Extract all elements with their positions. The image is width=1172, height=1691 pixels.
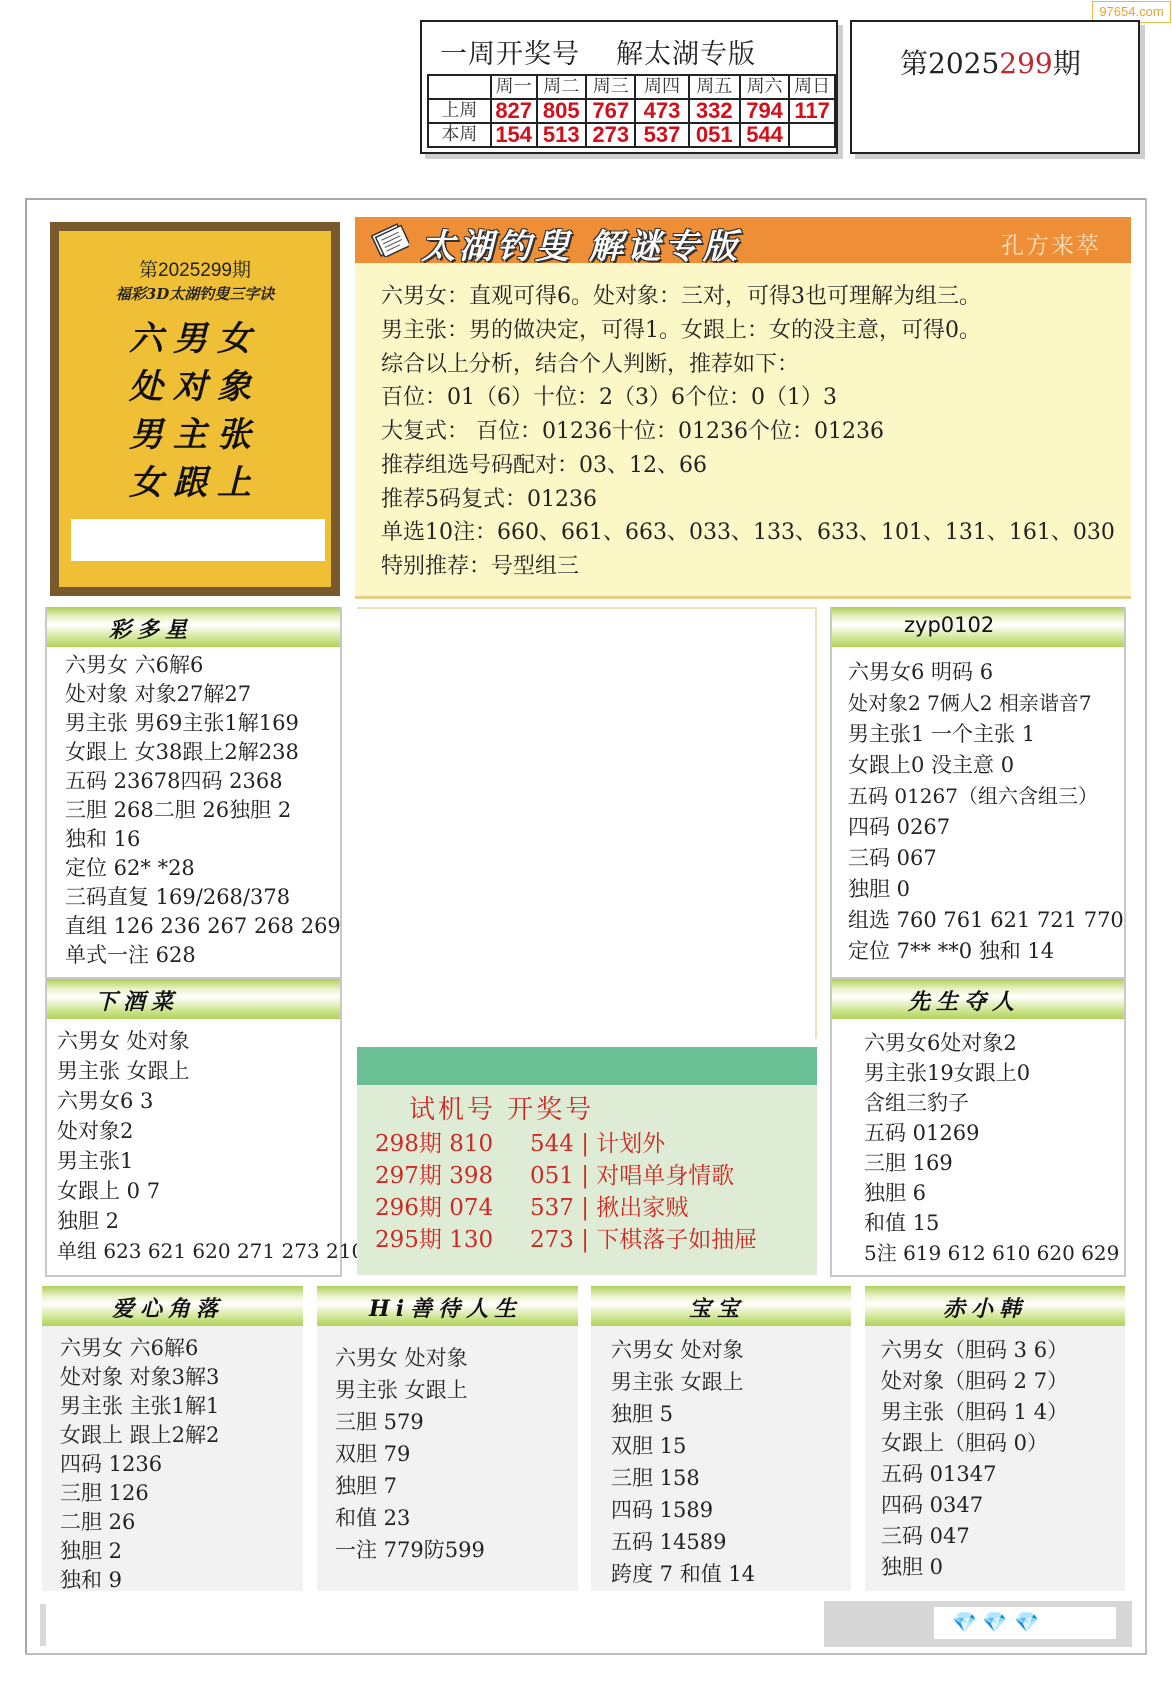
box-line: 含组三豹子 — [864, 1087, 969, 1117]
table-header-row: 周一 周二 周三 周四 周五 周六 周日 — [428, 75, 835, 99]
box-line: 处对象 对象27解27 — [65, 678, 251, 708]
box-title: zyp0102 — [904, 613, 994, 637]
draw-result: 273 | 下棋落子如抽屉 — [530, 1221, 757, 1254]
draw-number: 537 — [635, 123, 688, 147]
riddle-author: 孔方来萃 — [1001, 227, 1101, 260]
box-zyp0102: zyp0102 六男女6 明码 6 处对象2 7俩人2 相亲谐音7 男主张1 一… — [830, 607, 1126, 979]
box-line: 独和 16 — [65, 823, 140, 853]
box-line: 一注 779防599 — [335, 1534, 485, 1564]
box-line: 独胆 0 — [881, 1551, 943, 1581]
test-number: 295期 130 — [375, 1227, 493, 1253]
box-title: 赤小韩 — [943, 1292, 1027, 1323]
poster-subtitle: 福彩3D太湖钓叟三字诀 — [59, 283, 331, 304]
row-label: 上周 — [428, 99, 491, 123]
box-line: 二胆 26 — [60, 1506, 135, 1536]
box-line: 六男女 六6解6 — [60, 1332, 198, 1362]
test-draw-row: 297期 398051 | 对唱单身情歌 — [375, 1157, 493, 1190]
box-line: 四码 1589 — [611, 1494, 713, 1524]
footer-left-bar — [40, 1604, 46, 1646]
box-line: 独和 9 — [60, 1564, 122, 1594]
riddle-header: 太湖钓叟 解谜专版 孔方来萃 — [355, 217, 1131, 263]
day-header: 周五 — [689, 75, 740, 99]
box-line: 女跟上 0 7 — [57, 1175, 160, 1205]
diamond-icon: 💎 — [982, 1610, 1007, 1634]
box-line: 五码 23678四码 2368 — [65, 765, 283, 795]
analysis-line: 男主张：男的做决定，可得1。女跟上：女的没主意，可得0。 — [381, 313, 981, 344]
box-line: 三胆 579 — [335, 1406, 424, 1436]
box-title: 爱心角落 — [112, 1292, 224, 1323]
box-title: 先生夺人 — [908, 985, 1020, 1016]
box-aixin: 爱心角落 六男女 六6解6 处对象 对象3解3 男主张 主张1解1 女跟上 跟上… — [42, 1286, 303, 1591]
draw-number: 827 — [491, 99, 537, 123]
box-title: 下酒菜 — [95, 985, 179, 1016]
poster-line: 处对象 — [59, 359, 331, 408]
draw-number: 273 — [586, 123, 635, 147]
box-line: 直组 126 236 267 268 269 — [65, 910, 341, 940]
box-line: 处对象2 7俩人2 相亲谐音7 — [848, 687, 1092, 716]
box-title: 宝宝 — [689, 1292, 745, 1323]
analysis-line: 大复式： 百位：01236十位：01236个位：01236 — [381, 414, 884, 445]
weekly-title: 一周开奖号解太湖专版 — [440, 32, 756, 71]
box-line: 六男女 处对象 — [57, 1025, 190, 1055]
box-line: 5注 619 612 610 620 629 — [864, 1237, 1119, 1266]
box-caiduoxing: 彩多星 六男女 六6解6 处对象 对象27解27 男主张 男69主张1解169 … — [45, 607, 342, 979]
box-line: 组选 760 761 621 721 770 — [848, 904, 1124, 934]
draw-number: 794 — [740, 99, 789, 123]
box-line: 双胆 79 — [335, 1438, 410, 1468]
box-line: 六男女（胆码 3 6） — [881, 1334, 1068, 1364]
box-line: 六男女 六6解6 — [65, 649, 203, 679]
box-line: 独胆 6 — [864, 1177, 926, 1207]
box-line: 单式一注 628 — [65, 939, 196, 969]
box-line: 独胆 2 — [57, 1205, 119, 1235]
analysis-line: 推荐组选号码配对：03、12、66 — [381, 448, 707, 479]
box-line: 三胆 169 — [864, 1147, 953, 1177]
box-line: 三码 067 — [848, 842, 937, 872]
draw-result: 051 | 对唱单身情歌 — [530, 1157, 734, 1190]
poster-line: 六男女 — [59, 311, 331, 360]
riddle-analysis: 六男女：直观可得6。处对象：三对，可得3也可理解为组三。 男主张：男的做决定，可… — [355, 263, 1131, 599]
box-line: 单组 623 621 620 271 273 210 — [57, 1235, 364, 1264]
box-line: 男主张（胆码 1 4） — [881, 1396, 1068, 1426]
test-number: 296期 074 — [375, 1195, 493, 1221]
box-line: 独胆 7 — [335, 1470, 397, 1500]
poster-line: 女跟上 — [59, 455, 331, 504]
box-line: 四码 0347 — [881, 1489, 983, 1519]
poster-blank-strip — [71, 519, 325, 561]
day-header: 周二 — [537, 75, 586, 99]
box-line: 五码 01347 — [881, 1458, 996, 1488]
draw-number: 154 — [491, 123, 537, 147]
box-line: 五码 14589 — [611, 1526, 726, 1556]
diamond-icon: 💎 — [1014, 1610, 1039, 1634]
test-draw-header-bar — [357, 1047, 817, 1085]
issue-suffix: 期 — [1053, 47, 1081, 80]
diamond-icon: 💎 — [952, 1610, 977, 1634]
box-line: 三码 047 — [881, 1520, 970, 1550]
draw-number: 117 — [789, 99, 835, 123]
box-line: 三胆 158 — [611, 1462, 700, 1492]
weekly-results-table: 周一 周二 周三 周四 周五 周六 周日 上周 827 805 767 473 … — [427, 74, 836, 148]
test-draw-row: 298期 810544 | 计划外 — [375, 1125, 493, 1158]
draw-number: 051 — [689, 123, 740, 147]
test-draw-panel: 试机号 开奖号 298期 810544 | 计划外 297期 398051 | … — [357, 1085, 817, 1275]
issue-number: 第2025299期 — [900, 42, 1081, 82]
test-draw-row: 296期 074537 | 揪出家贼 — [375, 1189, 493, 1222]
draw-number: 544 — [740, 123, 789, 147]
test-draw-title: 试机号 开奖号 — [409, 1089, 594, 1126]
frame-border-bottom — [25, 1653, 1147, 1655]
row-label: 本周 — [428, 123, 491, 147]
document-icon — [369, 223, 409, 257]
box-line: 独胆 5 — [611, 1398, 673, 1428]
box-title: Hi善待人生 — [369, 1292, 522, 1323]
box-line: 三胆 268二胆 26独胆 2 — [65, 794, 291, 824]
analysis-line: 特别推荐：号型组三 — [381, 549, 579, 580]
day-header: 周一 — [491, 75, 537, 99]
test-number: 298期 810 — [375, 1131, 493, 1157]
weekly-title-left: 一周开奖号 — [440, 39, 580, 70]
analysis-line: 推荐5码复式：01236 — [381, 482, 597, 513]
box-line: 男主张 女跟上 — [335, 1374, 468, 1404]
box-xiajiucai: 下酒菜 六男女 处对象 男主张 女跟上 六男女6 3 处对象2 男主张1 女跟上… — [45, 979, 342, 1277]
issue-number-panel: 第2025299期 — [850, 20, 1140, 154]
box-chixiaohan: 赤小韩 六男女（胆码 3 6） 处对象（胆码 2 7） 男主张（胆码 1 4） … — [865, 1286, 1125, 1591]
draw-number: 767 — [586, 99, 635, 123]
box-line: 跨度 7 和值 14 — [611, 1558, 755, 1588]
box-line: 男主张 女跟上 — [57, 1055, 190, 1085]
box-line: 六男女6 明码 6 — [848, 656, 993, 686]
draw-number: 473 — [635, 99, 688, 123]
day-header: 周日 — [789, 75, 835, 99]
center-blank-area — [357, 607, 817, 1039]
box-line: 男主张1 一个主张 1 — [848, 718, 1035, 748]
corner-cell — [428, 75, 491, 99]
box-line: 五码 01267（组六含组三） — [848, 780, 1098, 809]
draw-number: 332 — [689, 99, 740, 123]
test-number: 297期 398 — [375, 1163, 493, 1189]
day-header: 周六 — [740, 75, 789, 99]
box-line: 处对象2 — [57, 1115, 133, 1145]
draw-result: 537 | 揪出家贼 — [530, 1189, 688, 1222]
analysis-line: 百位：01（6）十位：2（3）6个位：0（1）3 — [381, 380, 837, 411]
box-line: 女跟上 跟上2解2 — [60, 1419, 219, 1449]
day-header: 周四 — [635, 75, 688, 99]
box-line: 独胆 2 — [60, 1535, 122, 1565]
box-line: 女跟上（胆码 0） — [881, 1427, 1048, 1457]
box-line: 和值 15 — [864, 1207, 939, 1237]
box-line: 五码 01269 — [864, 1117, 979, 1147]
box-line: 和值 23 — [335, 1502, 410, 1532]
box-line: 定位 62* *28 — [65, 852, 195, 882]
test-draw-row: 295期 130273 | 下棋落子如抽屉 — [375, 1221, 493, 1254]
box-line: 男主张1 — [57, 1145, 133, 1175]
table-row: 上周 827 805 767 473 332 794 117 — [428, 99, 835, 123]
draw-result: 544 | 计划外 — [530, 1125, 665, 1158]
box-line: 四码 0267 — [848, 811, 950, 841]
analysis-line: 单选10注：660、661、663、033、133、633、101、131、16… — [381, 515, 1115, 546]
box-line: 六男女 处对象 — [611, 1334, 744, 1364]
box-line: 男主张 男69主张1解169 — [65, 707, 299, 737]
table-row: 本周 154 513 273 537 051 544 — [428, 123, 835, 147]
box-line: 六男女 处对象 — [335, 1342, 468, 1372]
box-baobao: 宝宝 六男女 处对象 男主张 女跟上 独胆 5 双胆 15 三胆 158 四码 … — [591, 1286, 851, 1591]
analysis-line: 六男女：直观可得6。处对象：三对，可得3也可理解为组三。 — [381, 279, 981, 310]
box-xiansheng: 先生夺人 六男女6处对象2 男主张19女跟上0 含组三豹子 五码 01269 三… — [830, 979, 1126, 1277]
footer-bar: 💎 💎 💎 — [824, 1601, 1132, 1647]
weekly-title-right: 解太湖专版 — [616, 39, 756, 70]
box-line: 男主张 女跟上 — [611, 1366, 744, 1396]
riddle-title: 太湖钓叟 解谜专版 — [421, 219, 741, 268]
box-line: 三码直复 169/268/378 — [65, 881, 290, 911]
box-line: 处对象 对象3解3 — [60, 1361, 219, 1391]
box-line: 双胆 15 — [611, 1430, 686, 1460]
issue-prefix: 第2025 — [900, 47, 999, 80]
box-line: 定位 7** **0 独和 14 — [848, 935, 1054, 965]
draw-number: 805 — [537, 99, 586, 123]
box-line: 女跟上0 没主意 0 — [848, 749, 1014, 779]
box-line: 处对象（胆码 2 7） — [881, 1365, 1068, 1395]
box-line: 三胆 126 — [60, 1477, 149, 1507]
frame-border-right — [1145, 198, 1147, 1655]
poster-issue: 第2025299期 — [59, 255, 331, 282]
box-line: 男主张 主张1解1 — [60, 1390, 219, 1420]
box-line: 男主张19女跟上0 — [864, 1057, 1030, 1087]
box-line: 六男女6 3 — [57, 1085, 153, 1115]
box-title: 彩多星 — [109, 613, 193, 644]
day-header: 周三 — [586, 75, 635, 99]
box-line: 六男女6处对象2 — [864, 1027, 1017, 1057]
analysis-line: 综合以上分析，结合个人判断，推荐如下： — [381, 347, 799, 378]
riddle-poster: 第2025299期 福彩3D太湖钓叟三字诀 六男女 处对象 男主张 女跟上 — [50, 222, 340, 596]
issue-highlight: 299 — [999, 47, 1052, 80]
draw-number — [789, 123, 835, 147]
draw-number: 513 — [537, 123, 586, 147]
box-line: 独胆 0 — [848, 873, 910, 903]
box-line: 四码 1236 — [60, 1448, 162, 1478]
poster-line: 男主张 — [59, 407, 331, 456]
box-shandai: Hi善待人生 六男女 处对象 男主张 女跟上 三胆 579 双胆 79 独胆 7… — [317, 1286, 578, 1591]
weekly-results-panel: 一周开奖号解太湖专版 周一 周二 周三 周四 周五 周六 周日 上周 827 8… — [420, 20, 838, 154]
box-line: 女跟上 女38跟上2解238 — [65, 736, 299, 766]
